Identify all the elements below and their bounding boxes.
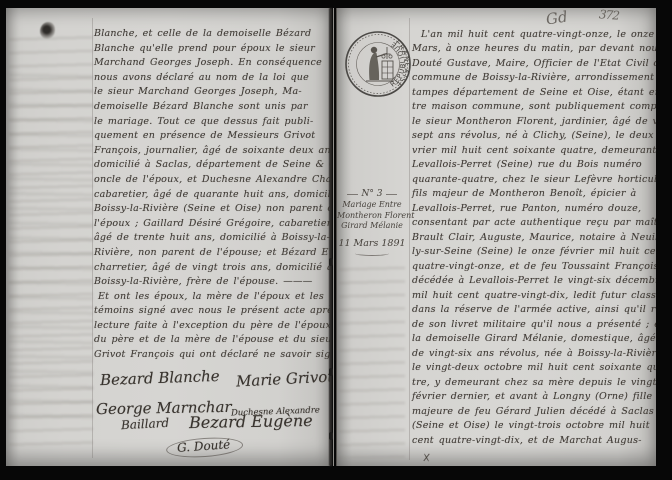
manuscript-line: consentant par acte authentique reçu par… <box>412 216 656 231</box>
manuscript-line: Boissy-la-Rivière (Seine et Oise) non pa… <box>94 202 330 217</box>
folio-number: 372 <box>599 8 620 23</box>
manuscript-line: Mars, à onze heures du matin, par devant… <box>412 42 656 57</box>
manuscript-line: Et ont les époux, la mère de l'époux et … <box>94 290 330 305</box>
manuscript-line: Brault Clair, Auguste, Maurice, notaire … <box>412 231 656 246</box>
signature-bezard-blanche: Bezard Blanche <box>100 367 220 389</box>
pen-flourish-mark <box>422 453 432 462</box>
manuscript-line: fils majeur de Montheron Benoît, épicier… <box>412 187 656 202</box>
manuscript-line: le vingt-deux octobre mil huit cent soix… <box>412 361 656 376</box>
manuscript-line: oncle de l'époux, et Duchesne Alexandre … <box>94 173 330 188</box>
signature-bezard-eugene: Bezard Eugène <box>189 411 313 432</box>
manuscript-line: majeure de feu Gérard Julien décédé à Sa… <box>412 405 656 420</box>
manuscript-line: témoins signé avec nous le présent acte … <box>94 304 330 319</box>
manuscript-line: (Seine et Oise) le vingt-trois octobre m… <box>412 419 656 434</box>
flourish-dash <box>347 194 358 195</box>
manuscript-line: tampes département de Seine et Oise, éta… <box>412 86 656 101</box>
manuscript-line: la demoiselle Girard Mélanie, domestique… <box>412 332 656 347</box>
manuscript-line: tre maison commune, sont publiquement co… <box>412 100 656 115</box>
manuscript-line: Rivière, non parent de l'épouse; et Béza… <box>94 246 330 261</box>
flourish-underline <box>355 251 389 256</box>
left-page-text-column: Blanche, et celle de la demoiselle Bézar… <box>94 27 330 363</box>
document-scan: { "scan": { "page_number": "372", "corne… <box>0 0 672 480</box>
act-bride-name: Girard Mélanie <box>337 221 407 232</box>
manuscript-line: sept ans révolus, né à Clichy, (Seine), … <box>412 129 656 144</box>
manuscript-line: quement en présence de Messieurs Grivot <box>94 129 330 144</box>
register-right-page: RÉPUBLIQUE FRANÇAISE N° 3 Mariage Entre … <box>336 8 656 466</box>
manuscript-line: âgé de trente huit ans, domicilié à Bois… <box>94 231 330 246</box>
corner-scribble: Gd <box>545 8 569 28</box>
manuscript-line: l'époux ; Gaillard Désiré Grégoire, caba… <box>94 217 330 232</box>
manuscript-line: quarante-quatre, chez le sieur Lefèvre h… <box>412 173 656 188</box>
manuscript-line: vrier mil huit cent soixante quatre, dem… <box>412 144 656 159</box>
manuscript-line: Levallois-Perret (Seine) rue du Bois num… <box>412 158 656 173</box>
act-title: Mariage Entre <box>337 200 407 211</box>
ink-blot <box>40 22 55 39</box>
manuscript-line: dans la réserve de l'armée active, ainsi… <box>412 303 656 318</box>
manuscript-line: de vingt-six ans révolus, née à Boissy-l… <box>412 347 656 362</box>
manuscript-line: Boissy-la-Rivière, frère de l'épouse. ——… <box>94 275 330 290</box>
republique-francaise-stamp: RÉPUBLIQUE FRANÇAISE <box>344 30 412 98</box>
act-number-row: N° 3 <box>337 188 407 200</box>
manuscript-line: quatre-vingt-onze, et de feu Toussaint F… <box>412 260 656 275</box>
margin-act-note: N° 3 Mariage Entre Montheron Florent Gir… <box>337 188 407 256</box>
manuscript-line: de son livret militaire qu'il nous a pré… <box>412 318 656 333</box>
signature-baillard: Baillard <box>121 416 170 432</box>
manuscript-line: février dernier, et avant à Longny (Orne… <box>412 390 656 405</box>
manuscript-line: Douté Gustave, Maire, Officier de l'Etat… <box>412 57 656 72</box>
signature-marie-grivot: Marie Grivot <box>236 367 330 390</box>
manuscript-line: nous avons déclaré au nom de la loi que <box>94 71 330 86</box>
manuscript-line: Levallois-Perret, rue Panton, numéro dou… <box>412 202 656 217</box>
manuscript-line: charretier, âgé de vingt trois ans, domi… <box>94 261 330 276</box>
manuscript-line: Blanche qu'elle prend pour époux le sieu… <box>94 42 330 57</box>
binding-edge <box>329 8 332 466</box>
manuscript-line: demoiselle Bézard Blanche sont unis par <box>94 100 330 115</box>
margin-rule <box>92 18 93 458</box>
register-left-page: Blanche, et celle de la demoiselle Bézar… <box>6 8 330 466</box>
manuscript-line: cabaretier, âgé de quarante huit ans, do… <box>94 188 330 203</box>
signature-flourish: G. Douté <box>166 435 244 459</box>
act-date: 11 Mars 1891 <box>337 238 407 249</box>
bleed-through-texture <box>339 263 405 458</box>
binding-edge <box>333 8 334 466</box>
act-groom-name: Montheron Florent <box>337 211 407 222</box>
manuscript-line: tre, y demeurant chez sa mère depuis le … <box>412 376 656 391</box>
manuscript-line: ly-sur-Seine (Seine) le onze février mil… <box>412 245 656 260</box>
signature-mayor-doute: G. Douté <box>166 436 244 455</box>
manuscript-line: Marchand Georges Joseph. En conséquence <box>94 56 330 71</box>
manuscript-line: décédée à Levallois-Perret le vingt-six … <box>412 274 656 289</box>
act-number: N° 3 <box>362 188 383 200</box>
binding-edge <box>336 8 337 466</box>
manuscript-line: L'an mil huit cent quatre-vingt-onze, le… <box>412 28 656 43</box>
manuscript-line: Blanche, et celle de la demoiselle Bézar… <box>94 27 330 42</box>
manuscript-line: le mariage. Tout ce que dessus fait publ… <box>94 115 330 130</box>
binding-stitch <box>329 258 333 266</box>
manuscript-line: mil huit cent quatre-vingt-dix, ledit fu… <box>412 289 656 304</box>
manuscript-line: cent quatre-vingt-dix, et de Marchat Aug… <box>412 434 656 449</box>
manuscript-line: François, journalier, âgé de soixante de… <box>94 144 330 159</box>
manuscript-line: domicilié à Saclas, département de Seine… <box>94 158 330 173</box>
manuscript-line: du père et de la mère de l'épouse et du … <box>94 333 330 348</box>
manuscript-line: lecture faite à l'exception du père de l… <box>94 319 330 334</box>
right-page-text-column: L'an mil huit cent quatre-vingt-onze, le… <box>412 28 656 449</box>
manuscript-line: Grivot François qui ont déclaré ne savoi… <box>94 348 330 363</box>
flourish-dash <box>386 194 397 195</box>
manuscript-line: commune de Boissy-la-Rivière, arrondisse… <box>412 71 656 86</box>
binding-stitch <box>329 368 333 376</box>
manuscript-line: le sieur Marchand Georges Joseph, Ma- <box>94 85 330 100</box>
manuscript-line: le sieur Montheron Florent, jardinier, â… <box>412 115 656 130</box>
binding-stitch <box>329 432 333 440</box>
bleed-through-texture <box>9 68 93 428</box>
